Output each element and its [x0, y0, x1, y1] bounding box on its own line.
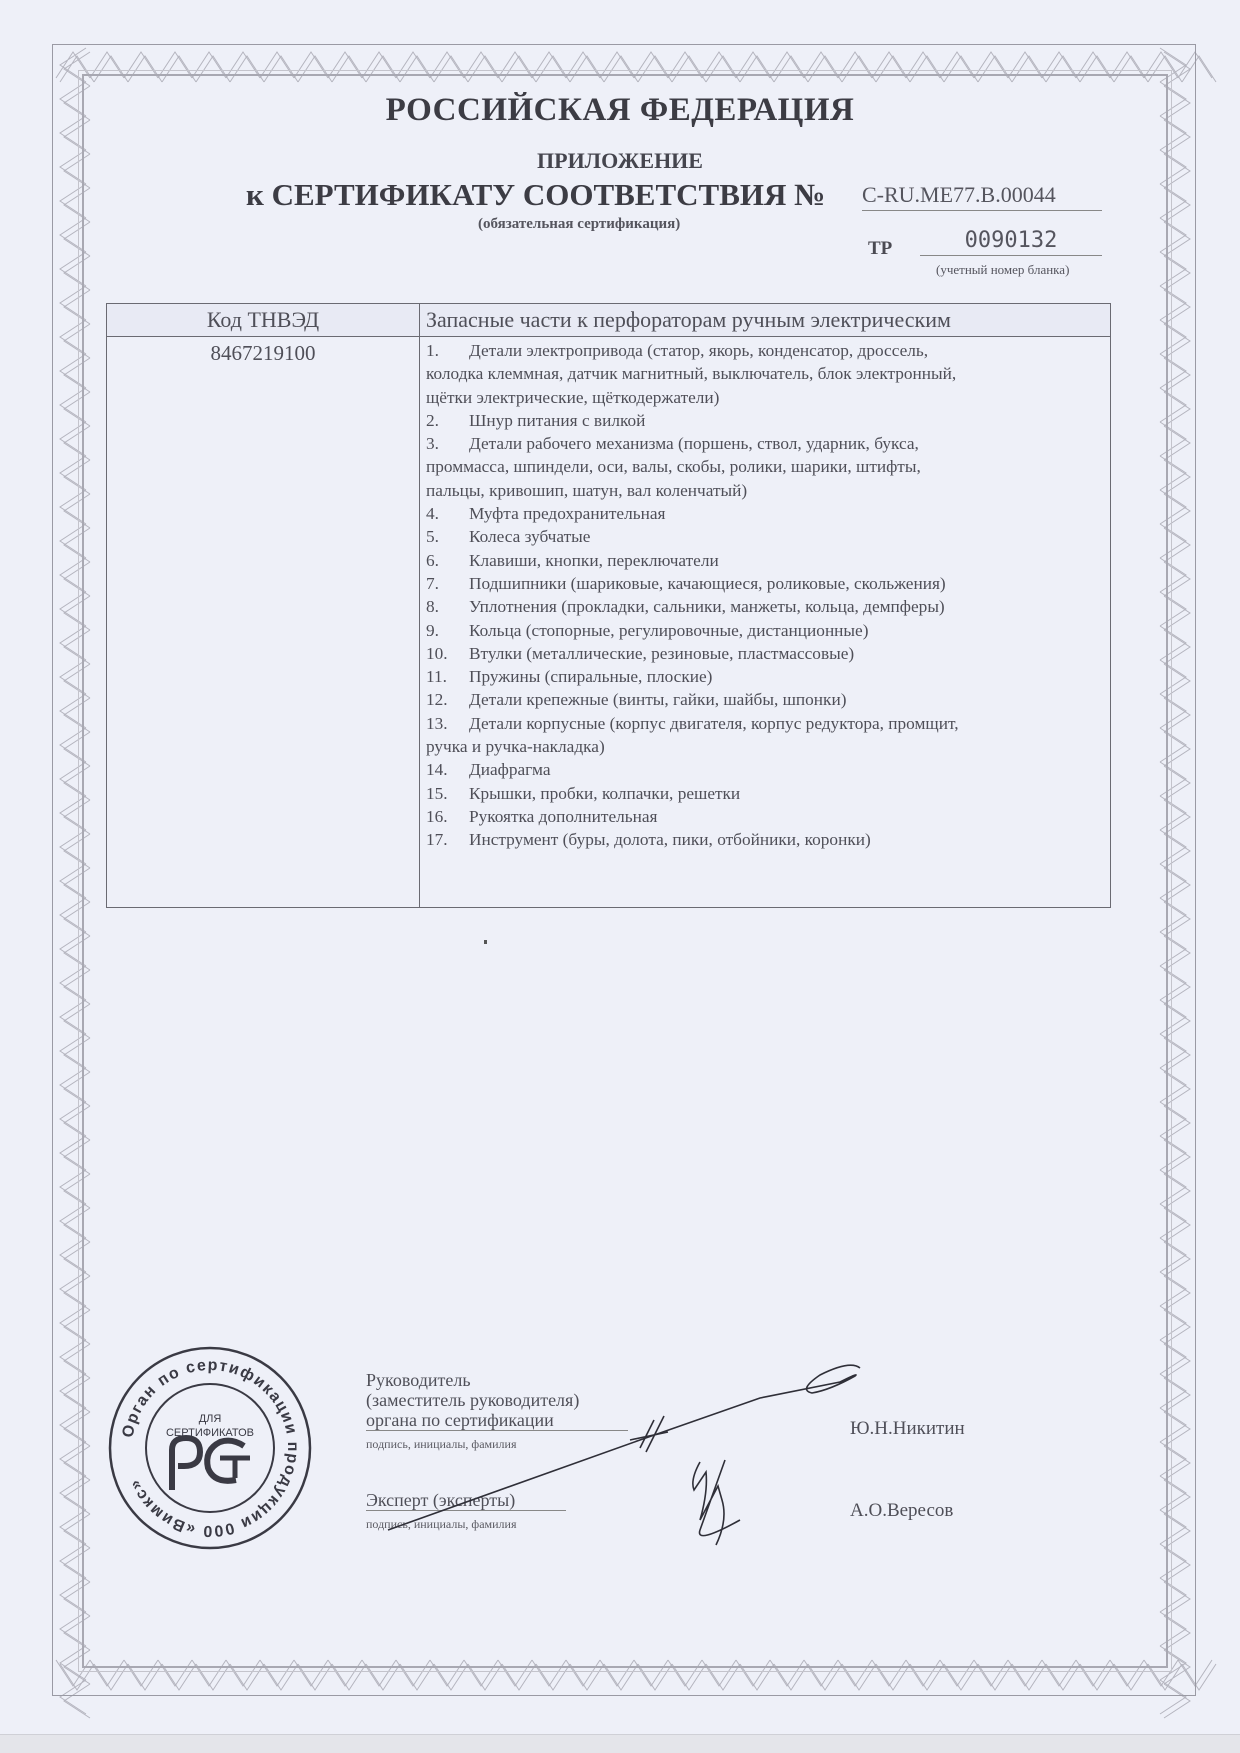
- list-item: 15. Крышки, пробки, колпачки, решетки: [426, 782, 1110, 805]
- list-item-continuation: пальцы, кривошип, шатун, вал коленчатый): [426, 479, 1110, 502]
- list-item-number: 1.: [426, 339, 456, 362]
- list-item-text: Клавиши, кнопки, переключатели: [469, 551, 719, 570]
- table-header-row: Код ТНВЭД Запасные части к перфораторам …: [107, 304, 1111, 337]
- list-item: 10. Втулки (металлические, резиновые, пл…: [426, 642, 1110, 665]
- list-item-continuation: щётки электрические, щёткодержатели): [426, 386, 1110, 409]
- list-item: 3. Детали рабочего механизма (поршень, с…: [426, 432, 1110, 455]
- list-item-number: 7.: [426, 572, 456, 595]
- head-signature-caption: подпись, инициалы, фамилия: [366, 1434, 628, 1454]
- list-item-number: 6.: [426, 549, 456, 572]
- list-item: 13. Детали корпусные (корпус двигателя, …: [426, 712, 1110, 735]
- list-item-text: Детали крепежные (винты, гайки, шайбы, ш…: [469, 690, 846, 709]
- list-item: 17. Инструмент (буры, долота, пики, отбо…: [426, 828, 1110, 851]
- certification-stamp: Орган по сертификации продукции 000 «Вим…: [104, 1342, 316, 1554]
- list-item-number: 3.: [426, 432, 456, 455]
- list-item-text: Втулки (металлические, резиновые, пластм…: [469, 644, 854, 663]
- head-signature-block: Руководитель (заместитель руководителя) …: [366, 1370, 628, 1454]
- list-item: 12. Детали крепежные (винты, гайки, шайб…: [426, 688, 1110, 711]
- list-item-text: Крышки, пробки, колпачки, решетки: [469, 784, 740, 803]
- ink-speck: [484, 940, 487, 944]
- table-row: 8467219100 1. Детали электропривода (ста…: [107, 337, 1111, 908]
- list-item-number: 16.: [426, 805, 456, 828]
- list-item-number: 4.: [426, 502, 456, 525]
- certification-type-note: (обязательная сертификация): [478, 216, 680, 233]
- expert-signature-block: Эксперт (эксперты) подпись, инициалы, фа…: [366, 1490, 566, 1534]
- list-item-number: 9.: [426, 619, 456, 642]
- list-item-text: колодка клеммная, датчик магнитный, выкл…: [426, 364, 956, 383]
- list-item-number: 2.: [426, 409, 456, 432]
- list-item: 16. Рукоятка дополнительная: [426, 805, 1110, 828]
- list-item-number: 8.: [426, 595, 456, 618]
- list-item: 14. Диафрагма: [426, 758, 1110, 781]
- form-number: 0090132: [920, 228, 1102, 256]
- head-name: Ю.Н.Никитин: [850, 1418, 965, 1440]
- head-title-line-2: (заместитель руководителя): [366, 1390, 628, 1410]
- list-item-text: Инструмент (буры, долота, пики, отбойник…: [469, 830, 871, 849]
- column-header-description: Запасные части к перфораторам ручным эле…: [420, 304, 1111, 337]
- list-item-text: Диафрагма: [469, 760, 551, 779]
- list-item-text: Кольца (стопорные, регулировочные, диста…: [469, 621, 869, 640]
- expert-signature-caption: подпись, инициалы, фамилия: [366, 1514, 566, 1534]
- list-item-text: Подшипники (шариковые, качающиеся, ролик…: [469, 574, 946, 593]
- list-item-number: 10.: [426, 642, 456, 665]
- form-number-caption: (учетный номер бланка): [936, 262, 1069, 278]
- list-item-continuation: ручка и ручка-накладка): [426, 735, 1110, 758]
- certificate-number: C-RU.ME77.B.00044: [862, 182, 1102, 211]
- rst-logo-icon: [172, 1438, 200, 1490]
- list-item: 8. Уплотнения (прокладки, сальники, манж…: [426, 595, 1110, 618]
- list-item-text: Муфта предохранительная: [469, 504, 665, 523]
- products-table: Код ТНВЭД Запасные части к перфораторам …: [106, 303, 1111, 908]
- tnved-code: 8467219100: [107, 337, 420, 908]
- list-item-text: Детали рабочего механизма (поршень, ство…: [469, 434, 919, 453]
- head-title-line-1: Руководитель: [366, 1370, 628, 1390]
- stamp-inner-top: ДЛЯ: [199, 1413, 222, 1425]
- list-item-text: Колеса зубчатые: [469, 527, 590, 546]
- scan-edge: [0, 1734, 1240, 1753]
- list-item-text: Уплотнения (прокладки, сальники, манжеты…: [469, 597, 945, 616]
- list-item-number: 12.: [426, 688, 456, 711]
- list-item: 7. Подшипники (шариковые, качающиеся, ро…: [426, 572, 1110, 595]
- expert-name: А.О.Вересов: [850, 1500, 953, 1522]
- list-item: 4. Муфта предохранительная: [426, 502, 1110, 525]
- list-item-text: щётки электрические, щёткодержатели): [426, 388, 719, 407]
- list-item-continuation: колодка клеммная, датчик магнитный, выкл…: [426, 362, 1110, 385]
- form-series-label: ТР: [868, 238, 892, 260]
- list-item: 11. Пружины (спиральные, плоские): [426, 665, 1110, 688]
- list-item-number: 5.: [426, 525, 456, 548]
- expert-title: Эксперт (эксперты): [366, 1490, 566, 1511]
- list-item: 1. Детали электропривода (статор, якорь,…: [426, 339, 1110, 362]
- list-item-number: 15.: [426, 782, 456, 805]
- appendix-title: ПРИЛОЖЕНИЕ: [0, 148, 1240, 174]
- list-item-text: Пружины (спиральные, плоские): [469, 667, 712, 686]
- list-item-text: ручка и ручка-накладка): [426, 737, 605, 756]
- list-item-text: пальцы, кривошип, шатун, вал коленчатый): [426, 481, 747, 500]
- certificate-title: к СЕРТИФИКАТУ СООТВЕТСТВИЯ №: [246, 177, 825, 213]
- list-item-text: Шнур питания с вилкой: [469, 411, 645, 430]
- list-item-continuation: проммасса, шпиндели, оси, валы, скобы, р…: [426, 455, 1110, 478]
- list-item-number: 17.: [426, 828, 456, 851]
- list-item-number: 13.: [426, 712, 456, 735]
- parts-list: 1. Детали электропривода (статор, якорь,…: [420, 337, 1111, 908]
- list-item: 9. Кольца (стопорные, регулировочные, ди…: [426, 619, 1110, 642]
- list-item-text: Рукоятка дополнительная: [469, 807, 658, 826]
- list-item-text: проммасса, шпиндели, оси, валы, скобы, р…: [426, 457, 921, 476]
- column-header-code: Код ТНВЭД: [107, 304, 420, 337]
- list-item: 6. Клавиши, кнопки, переключатели: [426, 549, 1110, 572]
- head-title-line-3: органа по сертификации: [366, 1410, 628, 1431]
- list-item-text: Детали электропривода (статор, якорь, ко…: [469, 341, 928, 360]
- list-item-number: 11.: [426, 665, 456, 688]
- list-item: 5. Колеса зубчатые: [426, 525, 1110, 548]
- list-item-text: Детали корпусные (корпус двигателя, корп…: [469, 714, 959, 733]
- country-title: РОССИЙСКАЯ ФЕДЕРАЦИЯ: [0, 92, 1240, 129]
- list-item-number: 14.: [426, 758, 456, 781]
- list-item: 2. Шнур питания с вилкой: [426, 409, 1110, 432]
